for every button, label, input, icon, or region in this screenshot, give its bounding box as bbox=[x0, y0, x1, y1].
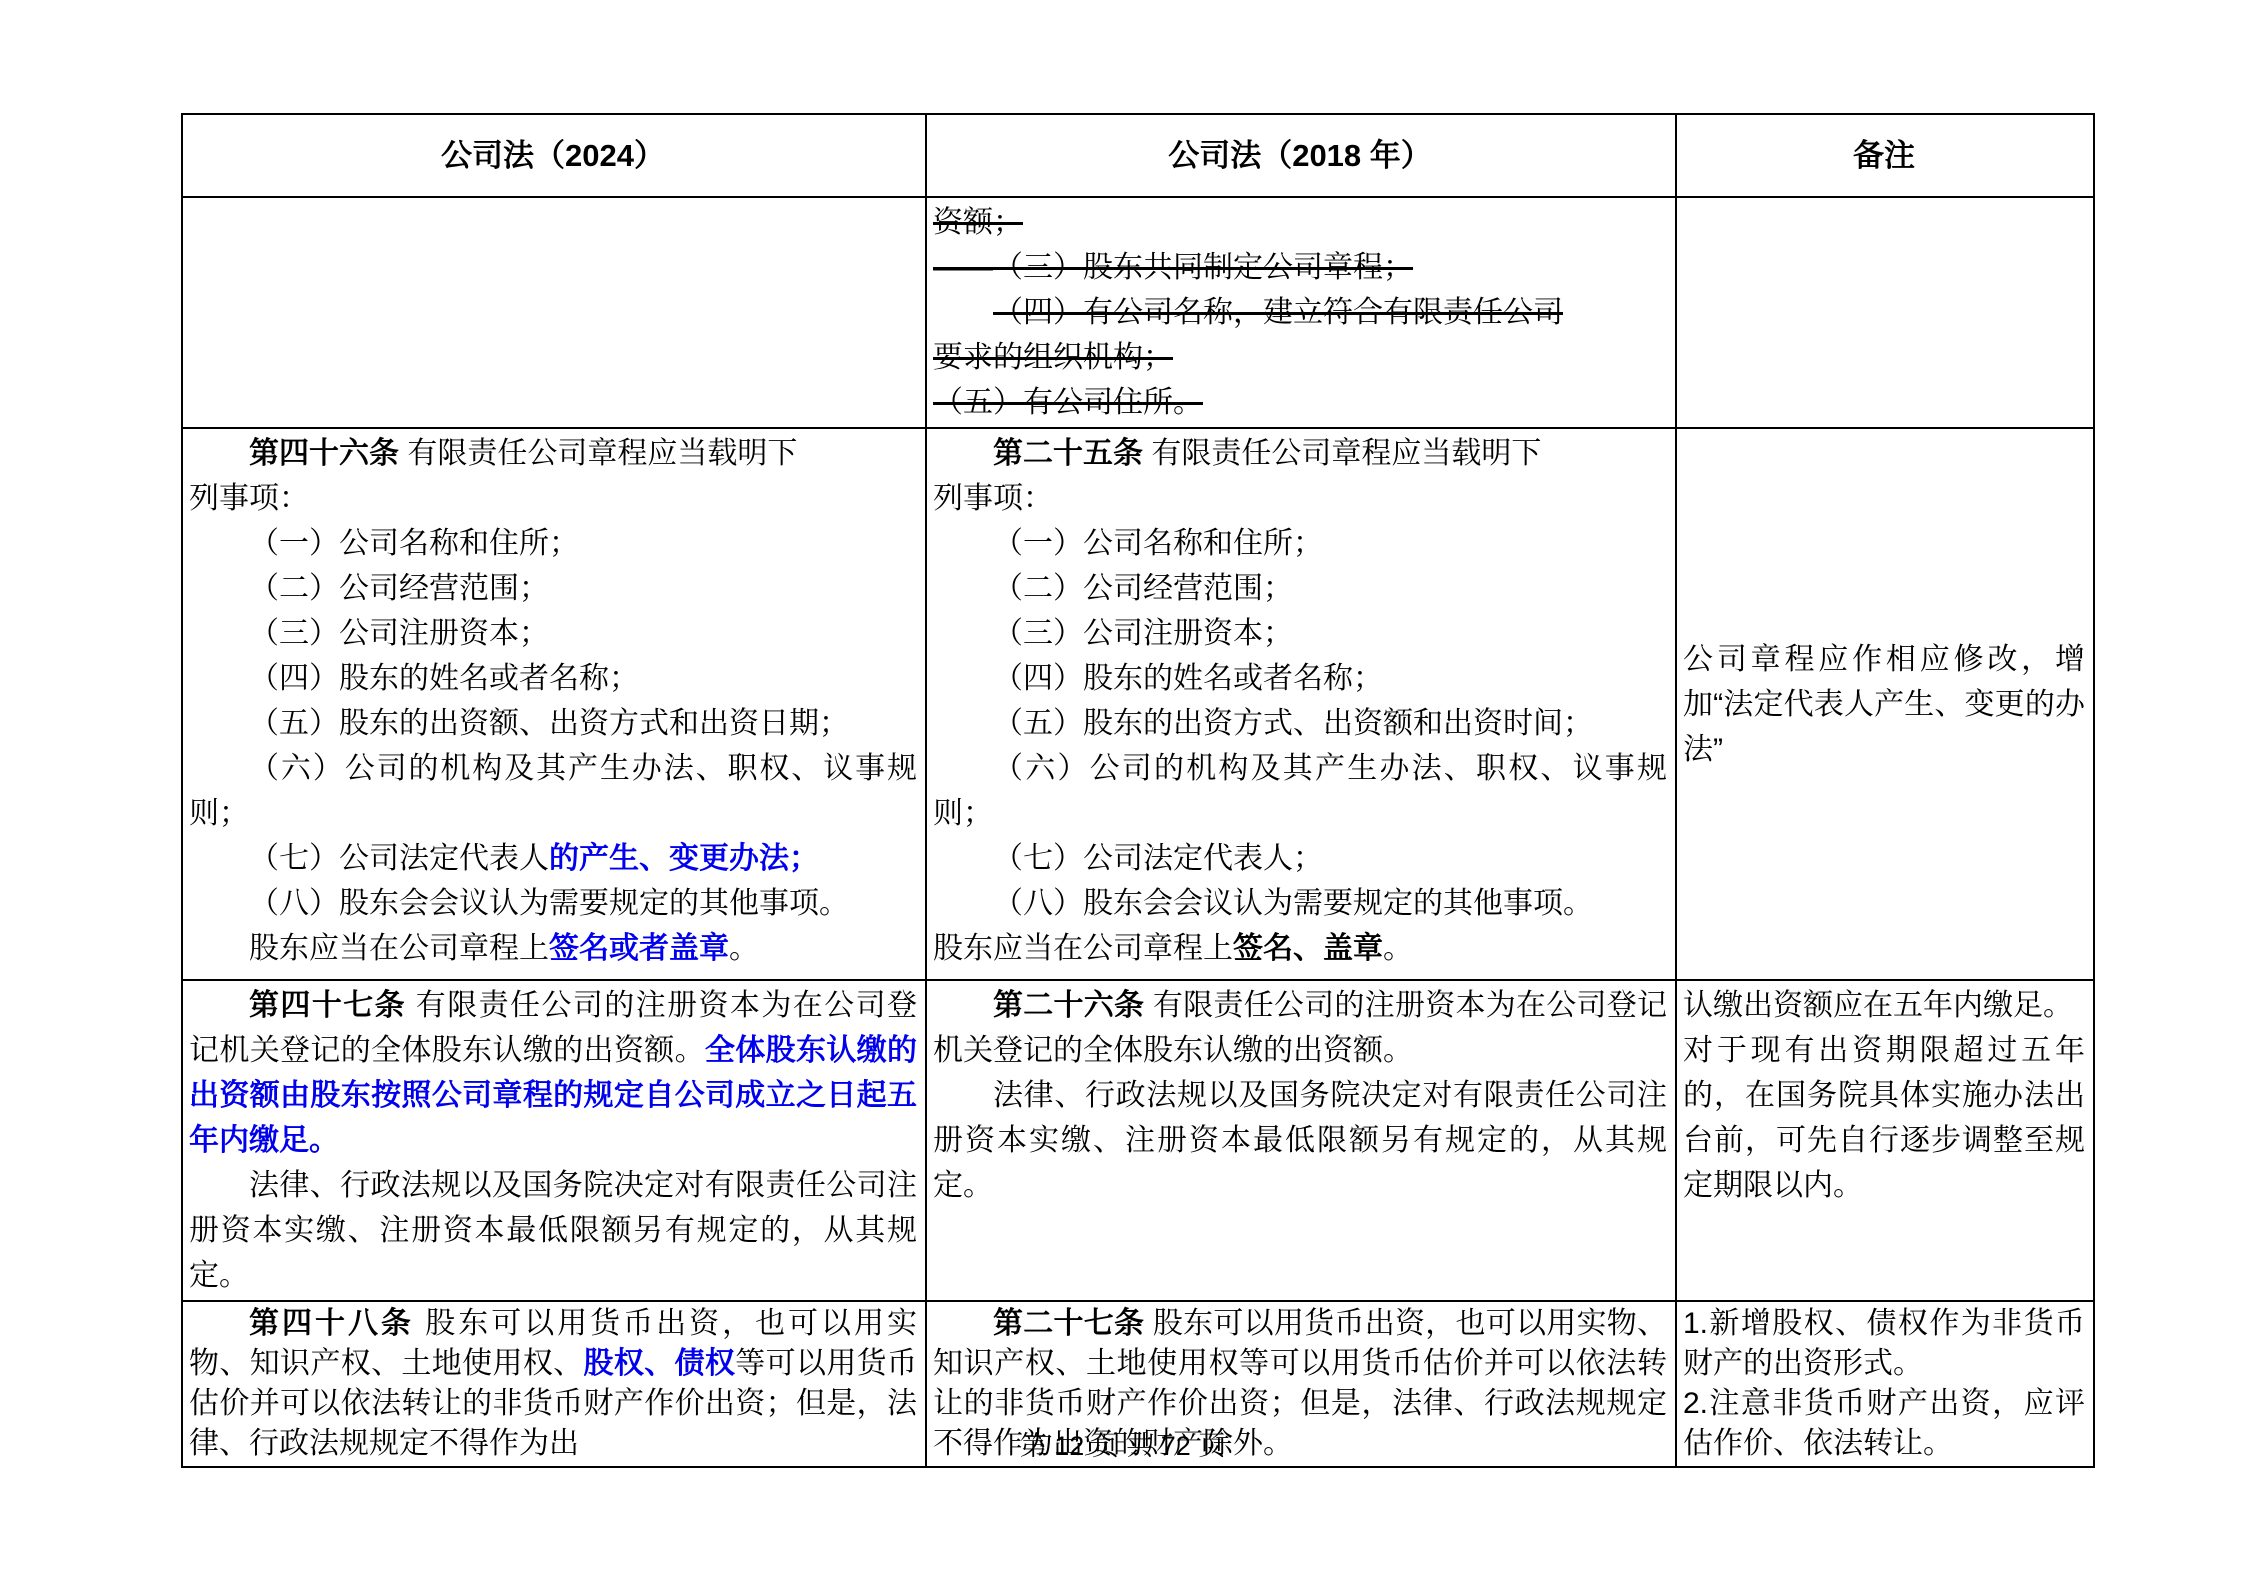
paragraph: （八）股东会会议认为需要规定的其他事项。 bbox=[189, 881, 917, 926]
paragraph: 1.新增股权、债权作为非货币财产的出资形式。 bbox=[1683, 1304, 2085, 1384]
paragraph: 列事项： bbox=[933, 476, 1667, 521]
paragraph: （八）股东会会议认为需要规定的其他事项。 bbox=[933, 881, 1667, 926]
text-run: 的产生、变更办法； bbox=[549, 842, 819, 875]
text-run: （八）股东会会议认为需要规定的其他事项。 bbox=[993, 887, 1593, 920]
text-run: 法律、行政法规以及国务院决定对有限责任公司注册资本实缴、注册资本最低限额另有规定… bbox=[189, 1169, 917, 1292]
text-run: （二）公司经营范围； bbox=[993, 572, 1293, 605]
paragraph: （一）公司名称和住所； bbox=[189, 521, 917, 566]
text-run: （四）股东的姓名或者名称； bbox=[249, 662, 639, 695]
paragraph: （六）公司的机构及其产生办法、职权、议事规则； bbox=[933, 746, 1667, 836]
column-header-law-2018: 公司法（2018 年） bbox=[926, 114, 1676, 197]
paragraph: 第二十五条 有限责任公司章程应当载明下 bbox=[933, 431, 1667, 476]
text-run: （一）公司名称和住所； bbox=[249, 527, 579, 560]
paragraph: 要求的组织机构； bbox=[933, 335, 1667, 380]
cell-row3-law-2024: 第四十七条 有限责任公司的注册资本为在公司登记机关登记的全体股东认缴的出资额。全… bbox=[182, 980, 926, 1301]
text-run: 。 bbox=[1383, 932, 1413, 965]
paragraph: 第四十七条 有限责任公司的注册资本为在公司登记机关登记的全体股东认缴的出资额。全… bbox=[189, 983, 917, 1163]
column-header-law-2024: 公司法（2024） bbox=[182, 114, 926, 197]
text-run: （四）股东的姓名或者名称； bbox=[993, 662, 1383, 695]
paragraph: 法律、行政法规以及国务院决定对有限责任公司注册资本实缴、注册资本最低限额另有规定… bbox=[189, 1163, 917, 1298]
text-run: （四）有公司名称，建立符合有限责任公司 bbox=[993, 296, 1563, 329]
text-run: 有限责任公司章程应当载明下 bbox=[399, 437, 797, 470]
cell-row1-law-2024 bbox=[182, 197, 926, 428]
text-run: （八）股东会会议认为需要规定的其他事项。 bbox=[249, 887, 849, 920]
text-run: ——（三）股东共同制定公司章程； bbox=[933, 251, 1413, 284]
text-run: （五）有公司住所。 bbox=[933, 386, 1203, 419]
cell-row1-notes bbox=[1676, 197, 2094, 428]
paragraph: 股东应当在公司章程上签名或者盖章。 bbox=[189, 926, 917, 971]
text-run: 公司章程应作相应修改，增加“法定代表人产生、变更的办法” bbox=[1683, 643, 2085, 766]
cell-row3-notes: 认缴出资额应在五年内缴足。对于现有出资期限超过五年的，在国务院具体实施办法出台前… bbox=[1676, 980, 2094, 1301]
text-run: 列事项： bbox=[189, 482, 309, 515]
text-run: 资额； bbox=[933, 206, 1023, 239]
text-run: 法律、行政法规以及国务院决定对有限责任公司注册资本实缴、注册资本最低限额另有规定… bbox=[933, 1079, 1667, 1202]
paragraph: 对于现有出资期限超过五年的，在国务院具体实施办法出台前，可先自行逐步调整至规定期… bbox=[1683, 1028, 2085, 1208]
text-run: 1.新增股权、债权作为非货币财产的出资形式。 bbox=[1683, 1307, 2085, 1380]
text-run: 第四十八条 bbox=[249, 1307, 414, 1340]
text-run: （七）公司法定代表人 bbox=[249, 842, 549, 875]
text-run: 列事项： bbox=[933, 482, 1053, 515]
paragraph: 资额； bbox=[933, 200, 1667, 245]
text-run: 股东应当在公司章程上 bbox=[249, 932, 549, 965]
paragraph: （七）公司法定代表人； bbox=[933, 836, 1667, 881]
text-run: 第四十七条 bbox=[249, 989, 406, 1022]
paragraph: （五）有公司住所。 bbox=[933, 380, 1667, 425]
paragraph: 法律、行政法规以及国务院决定对有限责任公司注册资本实缴、注册资本最低限额另有规定… bbox=[933, 1073, 1667, 1208]
text-run: 第四十六条 bbox=[249, 437, 399, 470]
paragraph: （六）公司的机构及其产生办法、职权、议事规则； bbox=[189, 746, 917, 836]
text-run: 股东应当在公司章程上 bbox=[933, 932, 1233, 965]
text-run: （一）公司名称和住所； bbox=[993, 527, 1323, 560]
text-run: 对于现有出资期限超过五年的，在国务院具体实施办法出台前，可先自行逐步调整至规定期… bbox=[1683, 1034, 2085, 1202]
text-run: 要求的组织机构； bbox=[933, 341, 1173, 374]
text-run: （六）公司的机构及其产生办法、职权、议事规则； bbox=[933, 752, 1667, 830]
paragraph: 列事项： bbox=[189, 476, 917, 521]
paragraph: （二）公司经营范围； bbox=[933, 566, 1667, 611]
comparison-table: 公司法（2024） 公司法（2018 年） 备注 资额；——（三）股东共同制定公… bbox=[181, 113, 2095, 1468]
cell-row1-law-2018: 资额；——（三）股东共同制定公司章程；（四）有公司名称，建立符合有限责任公司要求… bbox=[926, 197, 1676, 428]
paragraph: （二）公司经营范围； bbox=[189, 566, 917, 611]
text-run: （五）股东的出资额、出资方式和出资日期； bbox=[249, 707, 849, 740]
cell-row2-law-2024: 第四十六条 有限责任公司章程应当载明下列事项：（一）公司名称和住所；（二）公司经… bbox=[182, 428, 926, 980]
text-run: （六）公司的机构及其产生办法、职权、议事规则； bbox=[189, 752, 917, 830]
paragraph: （五）股东的出资方式、出资额和出资时间； bbox=[933, 701, 1667, 746]
text-run: （七）公司法定代表人； bbox=[993, 842, 1323, 875]
paragraph: （一）公司名称和住所； bbox=[933, 521, 1667, 566]
cell-row2-law-2018: 第二十五条 有限责任公司章程应当载明下列事项：（一）公司名称和住所；（二）公司经… bbox=[926, 428, 1676, 980]
text-run: 第二十五条 bbox=[993, 437, 1143, 470]
paragraph: 认缴出资额应在五年内缴足。 bbox=[1683, 983, 2085, 1028]
cell-row2-notes: 公司章程应作相应修改，增加“法定代表人产生、变更的办法” bbox=[1676, 428, 2094, 980]
paragraph: 股东应当在公司章程上签名、盖章。 bbox=[933, 926, 1667, 971]
paragraph: （四）股东的姓名或者名称； bbox=[933, 656, 1667, 701]
paragraph: 第四十六条 有限责任公司章程应当载明下 bbox=[189, 431, 917, 476]
text-run: 股权、债权 bbox=[584, 1347, 736, 1380]
text-run: （五）股东的出资方式、出资额和出资时间； bbox=[993, 707, 1593, 740]
paragraph: （四）股东的姓名或者名称； bbox=[189, 656, 917, 701]
paragraph: 第二十六条 有限责任公司的注册资本为在公司登记机关登记的全体股东认缴的出资额。 bbox=[933, 983, 1667, 1073]
page-footer: 第 12 页 共 72 页 bbox=[0, 1428, 2245, 1464]
table-row: 资额；——（三）股东共同制定公司章程；（四）有公司名称，建立符合有限责任公司要求… bbox=[182, 197, 2094, 428]
text-run: （三）公司注册资本； bbox=[249, 617, 549, 650]
text-run: 认缴出资额应在五年内缴足。 bbox=[1683, 989, 2073, 1022]
text-run: 有限责任公司章程应当载明下 bbox=[1143, 437, 1541, 470]
paragraph: 公司章程应作相应修改，增加“法定代表人产生、变更的办法” bbox=[1683, 637, 2085, 772]
table-row: 第四十七条 有限责任公司的注册资本为在公司登记机关登记的全体股东认缴的出资额。全… bbox=[182, 980, 2094, 1301]
paragraph: （七）公司法定代表人的产生、变更办法； bbox=[189, 836, 917, 881]
table-row: 第四十六条 有限责任公司章程应当载明下列事项：（一）公司名称和住所；（二）公司经… bbox=[182, 428, 2094, 980]
column-header-notes: 备注 bbox=[1676, 114, 2094, 197]
paragraph: （四）有公司名称，建立符合有限责任公司 bbox=[933, 290, 1667, 335]
text-run: （三）公司注册资本； bbox=[993, 617, 1293, 650]
cell-row3-law-2018: 第二十六条 有限责任公司的注册资本为在公司登记机关登记的全体股东认缴的出资额。法… bbox=[926, 980, 1676, 1301]
document-page: { "colors": { "insert_blue": "#0000EE", … bbox=[0, 0, 2245, 1587]
text-run: 第二十七条 bbox=[993, 1307, 1144, 1340]
paragraph: （三）公司注册资本； bbox=[189, 611, 917, 656]
text-run: 签名、盖章 bbox=[1233, 932, 1383, 965]
paragraph: （五）股东的出资额、出资方式和出资日期； bbox=[189, 701, 917, 746]
text-run: 第二十六条 bbox=[993, 989, 1144, 1022]
paragraph: ——（三）股东共同制定公司章程； bbox=[933, 245, 1667, 290]
header-row: 公司法（2024） 公司法（2018 年） 备注 bbox=[182, 114, 2094, 197]
paragraph: （三）公司注册资本； bbox=[933, 611, 1667, 656]
text-run: 签名或者盖章 bbox=[549, 932, 729, 965]
text-run: （二）公司经营范围； bbox=[249, 572, 549, 605]
text-run: 。 bbox=[729, 932, 759, 965]
